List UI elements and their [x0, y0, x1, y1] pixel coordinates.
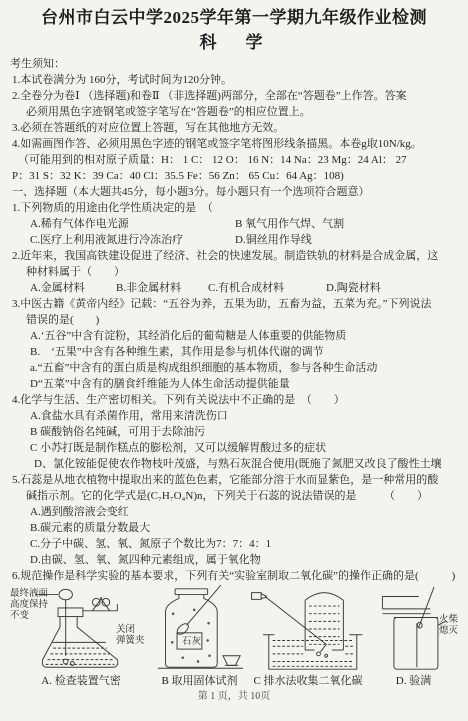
- atomic-mass-line: （可能用到的相对原子质量：H： 1 C： 12 O： 16 N：14 Na：23…: [10, 152, 458, 168]
- question-6-figures: 最终液面 高度保持 不变 关闭 弹簧夹: [10, 585, 458, 689]
- notice-line: 1.本试卷满分为 160分，考试时间为120分钟。: [10, 72, 458, 88]
- option-d: D“五菜”中含有的膳食纤维能为人体生命活动提供能量: [10, 376, 458, 392]
- footer-page-number: 第 1 页，共 10页: [10, 689, 458, 705]
- subject-title: 科 学: [10, 30, 458, 56]
- atomic-mass-line: P：31 S：32 K：39 Ca：40 Cl：35.5 Fe：56 Zn： 6…: [10, 168, 458, 184]
- figure-a-label-liquid-level: 最终液面 高度保持 不变: [10, 589, 48, 622]
- figure-c-caption: C 排水法收集二氧化碳: [253, 673, 362, 689]
- figure-c-water-collection: C 排水法收集二氧化碳: [247, 585, 369, 689]
- option-d: D.陶瓷材料: [326, 280, 381, 296]
- figure-a-airtight-check: 最终液面 高度保持 不变 关闭 弹簧夹: [10, 585, 152, 689]
- question-3-stem: 错误的是( ): [10, 312, 458, 328]
- option-a: A.食盐水具有杀菌作用，常用来清洗伤口: [10, 408, 458, 424]
- question-1-options-row: C.医疗上利用液氮进行冷冻治疗 D.铜丝用作导线: [10, 232, 458, 248]
- question-2-options-row: A.金属材料 B.非金属材料 C.有机合成材料 D.陶瓷材料: [10, 280, 458, 296]
- section-heading: 一、选择题（本大题共45分，每小题3分。每小题只有一个选项符合题意）: [10, 184, 458, 200]
- water-trough-diagram: [247, 585, 369, 673]
- question-2-stem: 2.近年来，我国高铁建设促进了经济、社会的快速发展。制造铁轨的材料是合成金属，这: [10, 248, 458, 264]
- notice-heading: 考生须知：: [10, 56, 458, 72]
- notice-line: 必须用黑色字迹钢笔或签字笔写在“答题卷”的相应位置上。: [10, 104, 458, 120]
- option-c: C 小苏打既是制作糕点的膨松剂，又可以缓解胃酸过多的症状: [10, 440, 458, 456]
- option-d: D.由碳、氢、氧、氮四种元素组成，属于氧化物: [10, 552, 458, 568]
- option-b: B. ‘五果”中含有各种维生素，其作用是参与机体代谢的调节: [10, 344, 458, 360]
- option-c: a.“五畜”中含有的蛋白质是构成组织细胞的基本物质，参与各种生命活动: [10, 360, 458, 376]
- option-b: B.非金属材料: [116, 280, 208, 296]
- question-1-options-row: A.稀有气体作电光源 B 氧气用作气焊、气割: [10, 216, 458, 232]
- figure-b-caption: B 取用固体试剂: [161, 673, 237, 689]
- question-5-stem: 5.石蕊是从地衣植物中提取出来的蓝色色素，它能部分溶于水而显紫色，是一种常用的酸: [10, 472, 458, 488]
- option-a: A.遇到酸溶液会变红: [10, 504, 458, 520]
- page-title: 台州市白云中学2025学年第一学期九年级作业检测: [10, 6, 458, 30]
- notice-line: 3.必须在答题纸的对应位置上答题，写在其他地方无效。: [10, 120, 458, 136]
- figure-d-caption: D. 验满: [396, 673, 431, 689]
- option-c: C.有机合成材料: [208, 280, 326, 296]
- question-3-stem: 3.中医古籍《黄帝内经》记载：“五谷为养，五果为助，五畜为益，五菜为充。”下列说…: [10, 296, 458, 312]
- option-d: D.铜丝用作导线: [235, 232, 312, 248]
- notice-line: 2.全卷分为卷Ⅰ （选择题)和卷Ⅱ （非选择题)两部分，全部在“答题卷”上作答。…: [10, 88, 458, 104]
- exam-body: 考生须知： 1.本试卷满分为 160分，考试时间为120分钟。 2.全卷分为卷Ⅰ…: [10, 56, 458, 689]
- option-b: B 碳酸钠俗名纯碱，可用于去除油污: [10, 424, 458, 440]
- figure-b-solid-reagent: 石灰 B 取用固体: [152, 585, 247, 689]
- reagent-bottle-diagram: [152, 585, 247, 673]
- figure-b-bottle-label: 石灰: [182, 637, 201, 648]
- question-6-stem: 6.规范操作是科学实验的基本要求，下列有关“实验室制取二氧化碳”的操作正确的是(…: [10, 568, 458, 584]
- option-a: A.金属材料: [30, 280, 116, 296]
- figure-a-caption: A. 检查装置气密: [41, 673, 120, 689]
- exam-page: 台州市白云中学2025学年第一学期九年级作业检测 科 学 考生须知： 1.本试卷…: [0, 0, 468, 721]
- question-2-stem: 种材料属于（ ）: [10, 264, 458, 280]
- question-4-stem: 4.化学与生活、生产密切相关。下列有关说法中不正确的是 （ ）: [10, 392, 458, 408]
- option-c: C.分子中碳、氢、氧、氮原子个数比为7：7：4：1: [10, 536, 458, 552]
- notice-line: 4.如需画图作答、必须用黑色字迹的钢笔或签字笔将图形线条描黑。本卷g取10N/k…: [10, 136, 458, 152]
- option-a: A.稀有气体作电光源: [30, 216, 235, 232]
- figure-a-label-clamp: 关闭 弹簧夹: [116, 625, 145, 647]
- option-b: B 氧气用作气焊、气割: [235, 216, 344, 232]
- option-d: D、氯化铵能促使农作物枝叶茂盛，与熟石灰混合使用(既施了氮肥又改良了酸性土壤: [10, 456, 458, 472]
- option-c: C.医疗上利用液氮进行冷冻治疗: [30, 232, 235, 248]
- figure-d-label-match: 火柴 熄灭: [439, 615, 458, 637]
- question-5-stem: 碱指示剂。它的化学式是(C₇H₇O₄N)n，下列关于石蕊的说法错误的是 （ ）: [10, 488, 458, 504]
- option-b: B.碳元素的质量分数最大: [10, 520, 458, 536]
- question-1-stem: 1.下列物质的用途由化学性质决定的是 （: [10, 200, 458, 216]
- figure-d-fullness-test: 火柴 熄灭 D. 验满: [369, 585, 458, 689]
- option-a: A.‘五谷”中含有淀粉，其经消化后的葡萄糖是人体重要的供能物质: [10, 328, 458, 344]
